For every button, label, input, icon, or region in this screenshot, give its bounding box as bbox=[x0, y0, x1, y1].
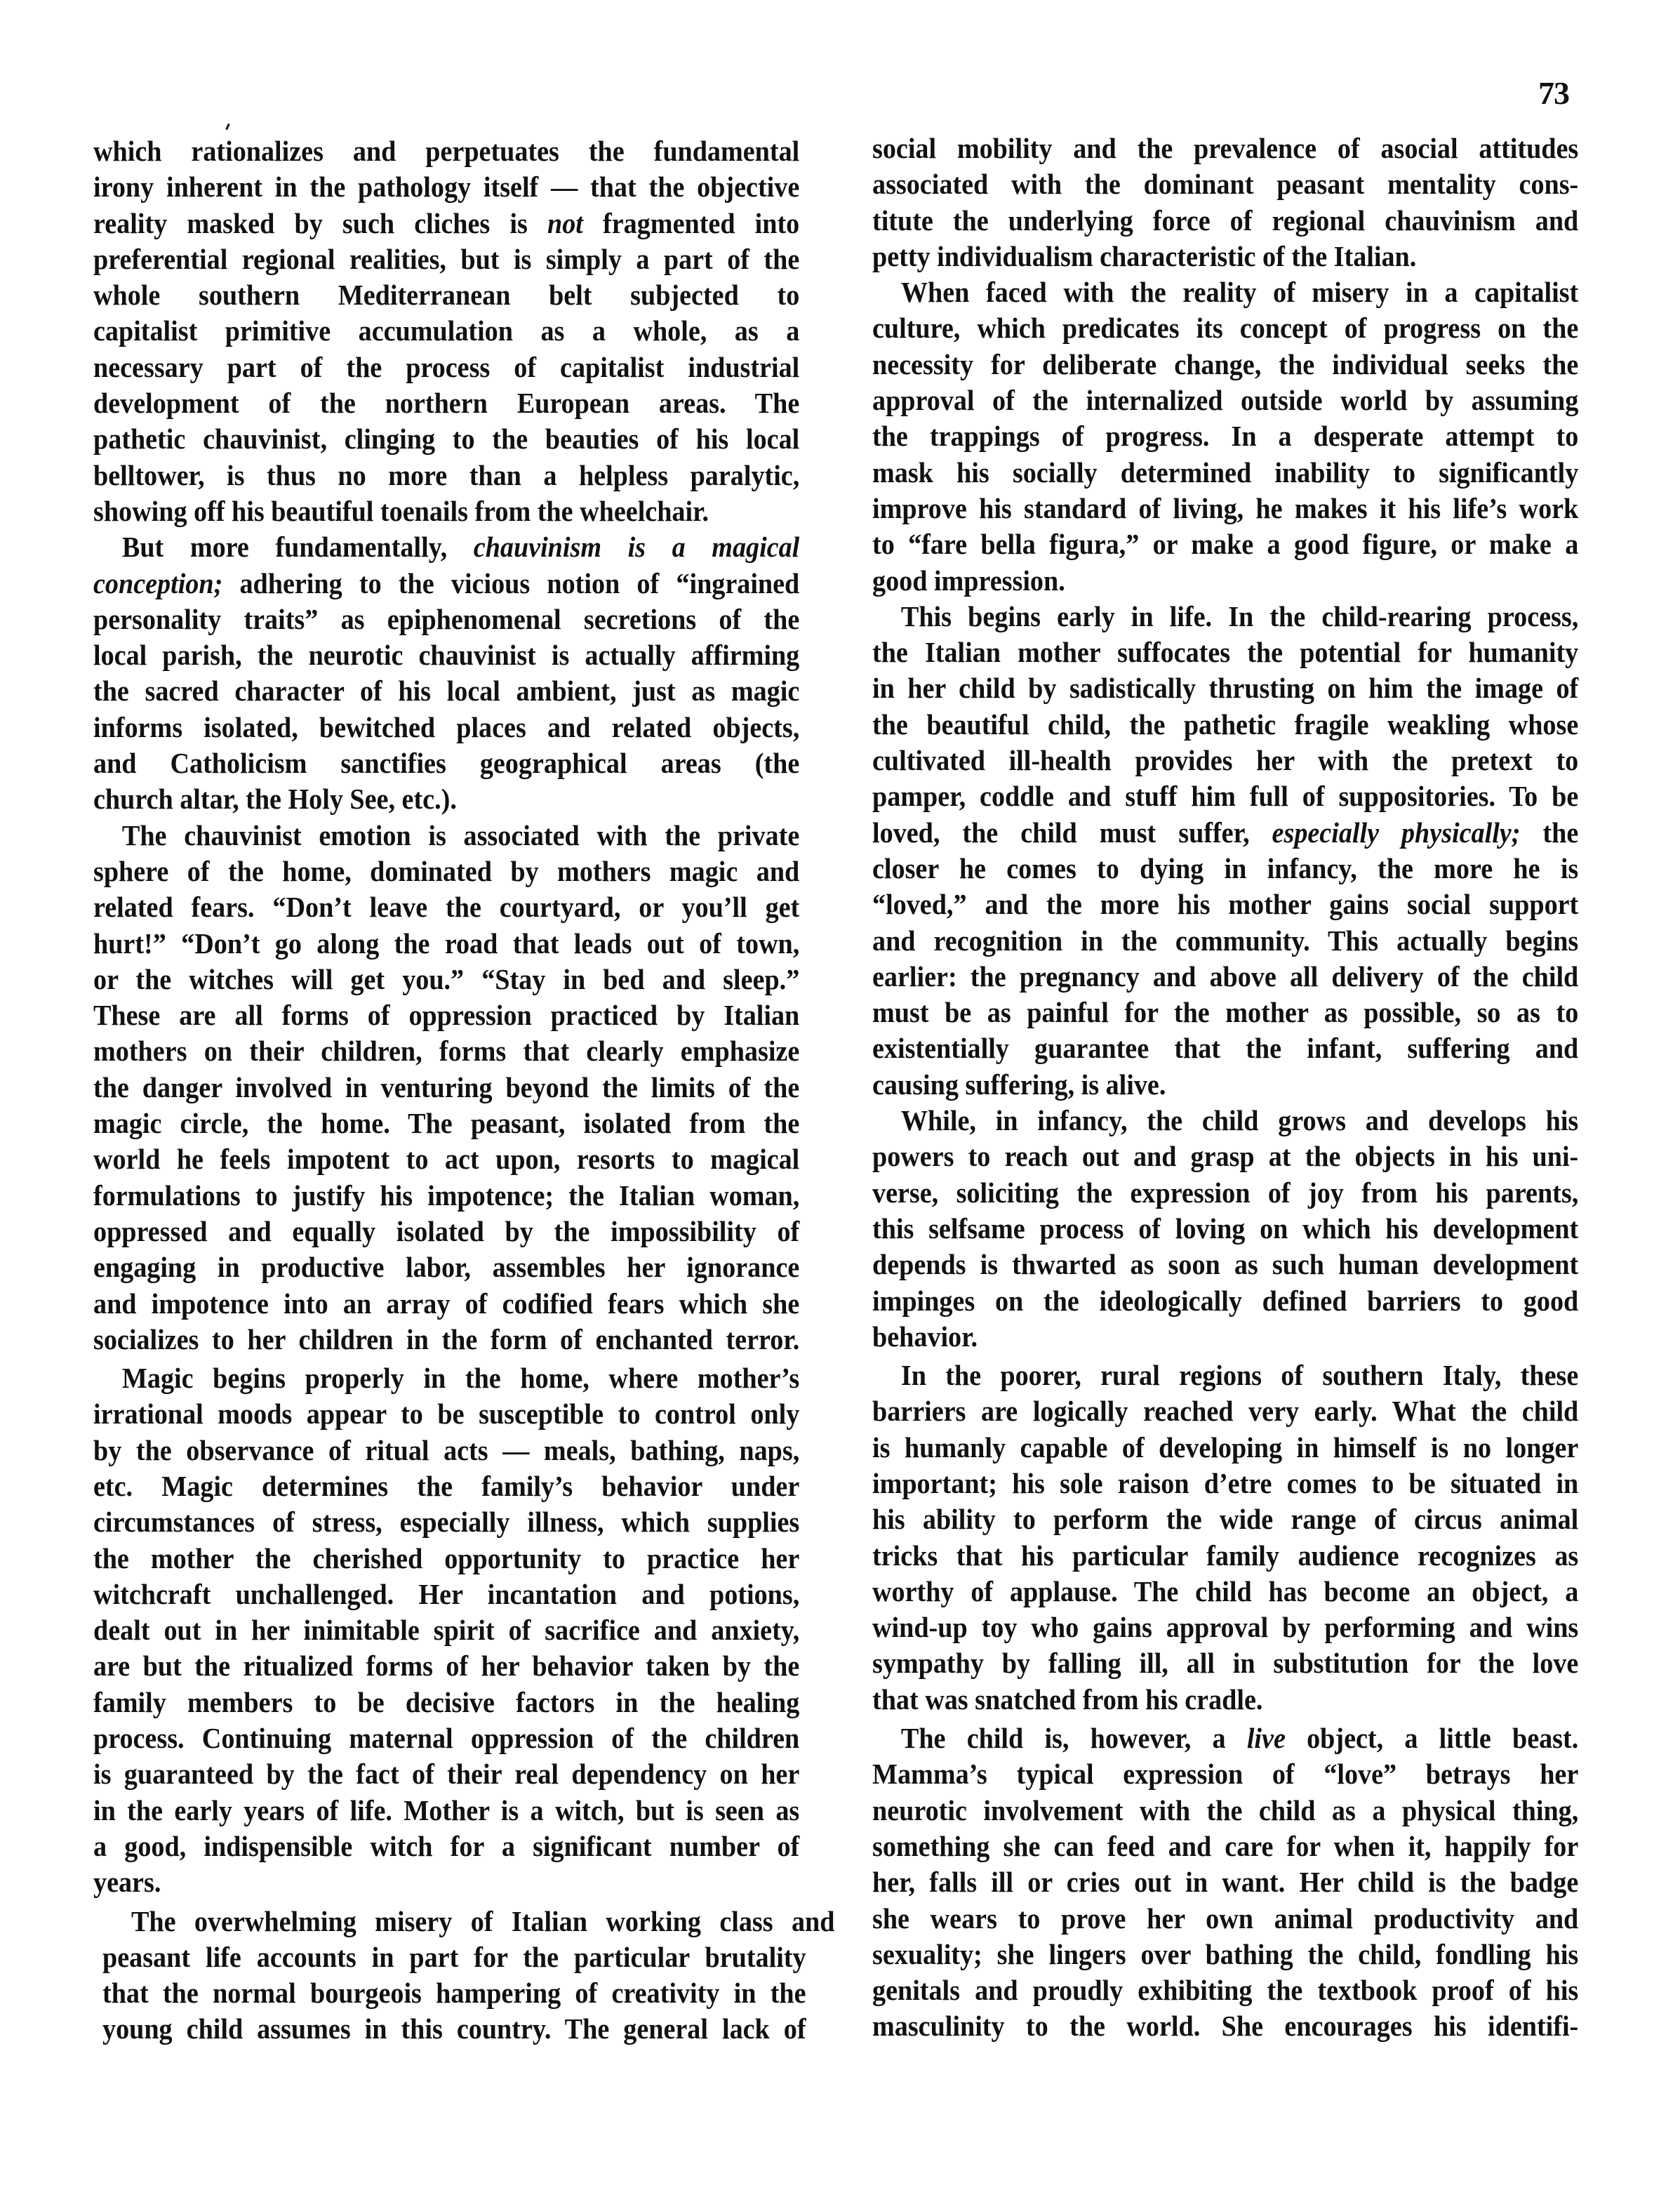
text-line: tricks that his particular family audien… bbox=[872, 1538, 1578, 1574]
text-line: titute the underlying force of regional … bbox=[872, 203, 1578, 239]
text-line: which rationalizes and perpetuates the f… bbox=[93, 133, 799, 169]
right-column: social mobility and the prevalence of as… bbox=[872, 131, 1529, 2045]
text-line: reality masked by such cliches is not fr… bbox=[93, 206, 799, 241]
text-line: the sacred character of his local ambien… bbox=[93, 673, 799, 709]
text-line: family members to be decisive factors in… bbox=[93, 1685, 799, 1720]
text-line: powers to reach out and grasp at the obj… bbox=[872, 1139, 1578, 1174]
text-line: “loved,” and the more his mother gains s… bbox=[872, 887, 1578, 922]
text-line: her, falls ill or cries out in want. Her… bbox=[872, 1864, 1578, 1900]
text-line: loved, the child must suffer, especially… bbox=[872, 815, 1578, 851]
text-line: irrational moods appear to be susceptibl… bbox=[93, 1396, 799, 1432]
text-line: approval of the internalized outside wor… bbox=[872, 383, 1578, 418]
text-line: and impotence into an array of codified … bbox=[93, 1286, 799, 1322]
text-line: pamper, coddle and stuff him full of sup… bbox=[872, 778, 1578, 814]
paragraph-start-line: The chauvinist emotion is associated wit… bbox=[93, 818, 799, 854]
paragraph-end-line: that was snatched from his cradle. bbox=[872, 1682, 1578, 1718]
text-line: in the early years of life. Mother is a … bbox=[93, 1793, 799, 1829]
text-line: peasant life accounts in part for the pa… bbox=[102, 1939, 806, 1975]
text-line: sympathy by falling ill, all in substitu… bbox=[872, 1645, 1578, 1681]
text-line: or the witches will get you.” “Stay in b… bbox=[93, 962, 799, 997]
text-line: are but the ritualized forms of her beha… bbox=[93, 1648, 799, 1684]
text-line: conception; adhering to the vicious noti… bbox=[93, 566, 799, 602]
text-line: necessity for deliberate change, the ind… bbox=[872, 347, 1578, 383]
paragraph-start-line: But more fundamentally, chauvinism is a … bbox=[93, 529, 799, 565]
text-line: and recognition in the community. This a… bbox=[872, 923, 1578, 959]
paragraph-end-line: good impression. bbox=[872, 563, 1578, 599]
text-line: hurt!” “Don’t go along the road that lea… bbox=[93, 926, 799, 962]
paragraph-end-line: church altar, the Holy See, etc.). bbox=[93, 781, 799, 817]
text-line: something she can feed and care for when… bbox=[872, 1829, 1578, 1864]
text-line: important; his sole raison d’etre comes … bbox=[872, 1466, 1578, 1501]
text-line: mask his socially determined inability t… bbox=[872, 455, 1578, 491]
text-line: dealt out in her inimitable spirit of sa… bbox=[93, 1612, 799, 1648]
text-line: this selfsame process of loving on which… bbox=[872, 1211, 1578, 1247]
text-line: masculinity to the world. She encourages… bbox=[872, 2008, 1578, 2044]
emphasis-live: live bbox=[1247, 1722, 1286, 1754]
text-line: cultivated ill-health provides her with … bbox=[872, 743, 1578, 778]
text-line: circumstances of stress, especially illn… bbox=[93, 1504, 799, 1540]
paragraph-start-line: When faced with the reality of misery in… bbox=[872, 274, 1578, 310]
text-line: and Catholicism sanctifies geographical … bbox=[93, 745, 799, 781]
text-line: genitals and proudly exhibiting the text… bbox=[872, 1972, 1578, 2008]
paragraph-end-line: causing suffering, is alive. bbox=[872, 1067, 1578, 1103]
text-line: engaging in productive labor, assembles … bbox=[93, 1249, 799, 1285]
text-line: the trappings of progress. In a desperat… bbox=[872, 418, 1578, 454]
left-column: which rationalizes and perpetuates the f… bbox=[93, 133, 750, 2048]
text-line: the mother the cherished opportunity to … bbox=[93, 1541, 799, 1577]
text-line: neurotic involvement with the child as a… bbox=[872, 1793, 1578, 1829]
text-line: she wears to prove her own animal produc… bbox=[872, 1901, 1578, 1937]
paragraph-start-line: The child is, however, a live object, a … bbox=[872, 1720, 1578, 1756]
text-line: formulations to justify his impotence; t… bbox=[93, 1178, 799, 1214]
paragraph-end-line: petty individualism characteristic of th… bbox=[872, 239, 1578, 274]
text-line: Mamma’s typical expression of “love” bet… bbox=[872, 1756, 1578, 1792]
page-number: 73 bbox=[1538, 76, 1569, 111]
text-line: oppressed and equally isolated by the im… bbox=[93, 1214, 799, 1249]
text-line: process. Continuing maternal oppression … bbox=[93, 1720, 799, 1756]
text-line: capitalist primitive accumulation as a w… bbox=[93, 313, 799, 349]
text-line: These are all forms of oppression practi… bbox=[93, 997, 799, 1033]
text-line: pathetic chauvinist, clinging to the bea… bbox=[93, 421, 799, 457]
text-line: social mobility and the prevalence of as… bbox=[872, 131, 1578, 166]
text-line: young child assumes in this country. The… bbox=[102, 2011, 806, 2047]
text-line: culture, which predicates its concept of… bbox=[872, 310, 1578, 346]
paragraph-start-line: This begins early in life. In the child-… bbox=[872, 599, 1578, 635]
paragraph-end-line: years. bbox=[93, 1864, 799, 1900]
text-line: mothers on their children, forms that cl… bbox=[93, 1033, 799, 1069]
text-line: barriers are logically reached very earl… bbox=[872, 1393, 1578, 1429]
text-line: his ability to perform the wide range of… bbox=[872, 1501, 1578, 1537]
text-line: sphere of the home, dominated by mothers… bbox=[93, 854, 799, 889]
paragraph-start-line: Magic begins properly in the home, where… bbox=[93, 1360, 799, 1396]
text-line: improve his standard of living, he makes… bbox=[872, 491, 1578, 526]
text-line: must be as painful for the mother as pos… bbox=[872, 995, 1578, 1030]
text-line: is guaranteed by the fact of their real … bbox=[93, 1756, 799, 1792]
text-line: associated with the dominant peasant men… bbox=[872, 166, 1578, 202]
text-line: in her child by sadistically thrusting o… bbox=[872, 670, 1578, 706]
text-line: magic circle, the home. The peasant, iso… bbox=[93, 1106, 799, 1141]
text-line: the danger involved in venturing beyond … bbox=[93, 1070, 799, 1106]
text-line: a good, indispensible witch for a signif… bbox=[93, 1829, 799, 1864]
text-line: impinges on the ideologically defined ba… bbox=[872, 1283, 1578, 1319]
text-line: verse, soliciting the expression of joy … bbox=[872, 1175, 1578, 1211]
text-line: sexuality; she lingers over bathing the … bbox=[872, 1937, 1578, 1972]
text-line: the Italian mother suffocates the potent… bbox=[872, 635, 1578, 670]
text-line: by the observance of ritual acts — meals… bbox=[93, 1433, 799, 1468]
text-line: personality traits” as epiphenomenal sec… bbox=[93, 602, 799, 637]
text-line: local parish, the neurotic chauvinist is… bbox=[93, 637, 799, 673]
text-line: development of the northern European are… bbox=[93, 385, 799, 421]
paragraph-end-line: behavior. bbox=[872, 1319, 1578, 1355]
emphasis-conception: conception; bbox=[93, 567, 222, 599]
text-line: earlier: the pregnancy and above all del… bbox=[872, 959, 1578, 995]
paragraph-start-line: In the poorer, rural regions of southern… bbox=[872, 1358, 1578, 1393]
document-page: 73 which rationalizes and perpetuates th… bbox=[0, 0, 1680, 2209]
text-line: worthy of applause. The child has become… bbox=[872, 1574, 1578, 1610]
text-line: informs isolated, bewitched places and r… bbox=[93, 710, 799, 745]
emphasis-not: not bbox=[547, 207, 583, 239]
text-line: irony inherent in the pathology itself —… bbox=[93, 169, 799, 205]
text-line: is humanly capable of developing in hims… bbox=[872, 1430, 1578, 1466]
text-line: wind-up toy who gains approval by perfor… bbox=[872, 1610, 1578, 1645]
text-line: closer he comes to dying in infancy, the… bbox=[872, 851, 1578, 887]
text-line: depends is thwarted as soon as such huma… bbox=[872, 1247, 1578, 1282]
text-line: preferential regional realities, but is … bbox=[93, 241, 799, 277]
text-line: that the normal bourgeois hampering of c… bbox=[102, 1975, 806, 2011]
paragraph-end-line: showing off his beautiful toenails from … bbox=[93, 493, 799, 529]
text-line: existentially guarantee that the infant,… bbox=[872, 1030, 1578, 1066]
text-line: whole southern Mediterranean belt subjec… bbox=[93, 277, 799, 313]
text-line: to “fare bella figura,” or make a good f… bbox=[872, 526, 1578, 562]
paragraph-start-line: The overwhelming misery of Italian worki… bbox=[102, 1904, 834, 1939]
scan-speck bbox=[225, 124, 230, 130]
emphasis-especially-physically: especially physically; bbox=[1272, 816, 1521, 849]
text-line: the beautiful child, the pathetic fragil… bbox=[872, 707, 1578, 743]
text-line: belltower, is thus no more than a helple… bbox=[93, 458, 799, 493]
text-line: socializes to her children in the form o… bbox=[93, 1322, 799, 1358]
emphasis-chauvinism: chauvinism is a magical bbox=[474, 531, 799, 563]
text-line: related fears. “Don’t leave the courtyar… bbox=[93, 889, 799, 925]
paragraph-start-line: While, in infancy, the child grows and d… bbox=[872, 1103, 1578, 1139]
text-line: etc. Magic determines the family’s behav… bbox=[93, 1468, 799, 1504]
text-line: witchcraft unchallenged. Her incantation… bbox=[93, 1577, 799, 1612]
text-line: necessary part of the process of capital… bbox=[93, 350, 799, 385]
text-line: world he feels impotent to act upon, res… bbox=[93, 1141, 799, 1177]
